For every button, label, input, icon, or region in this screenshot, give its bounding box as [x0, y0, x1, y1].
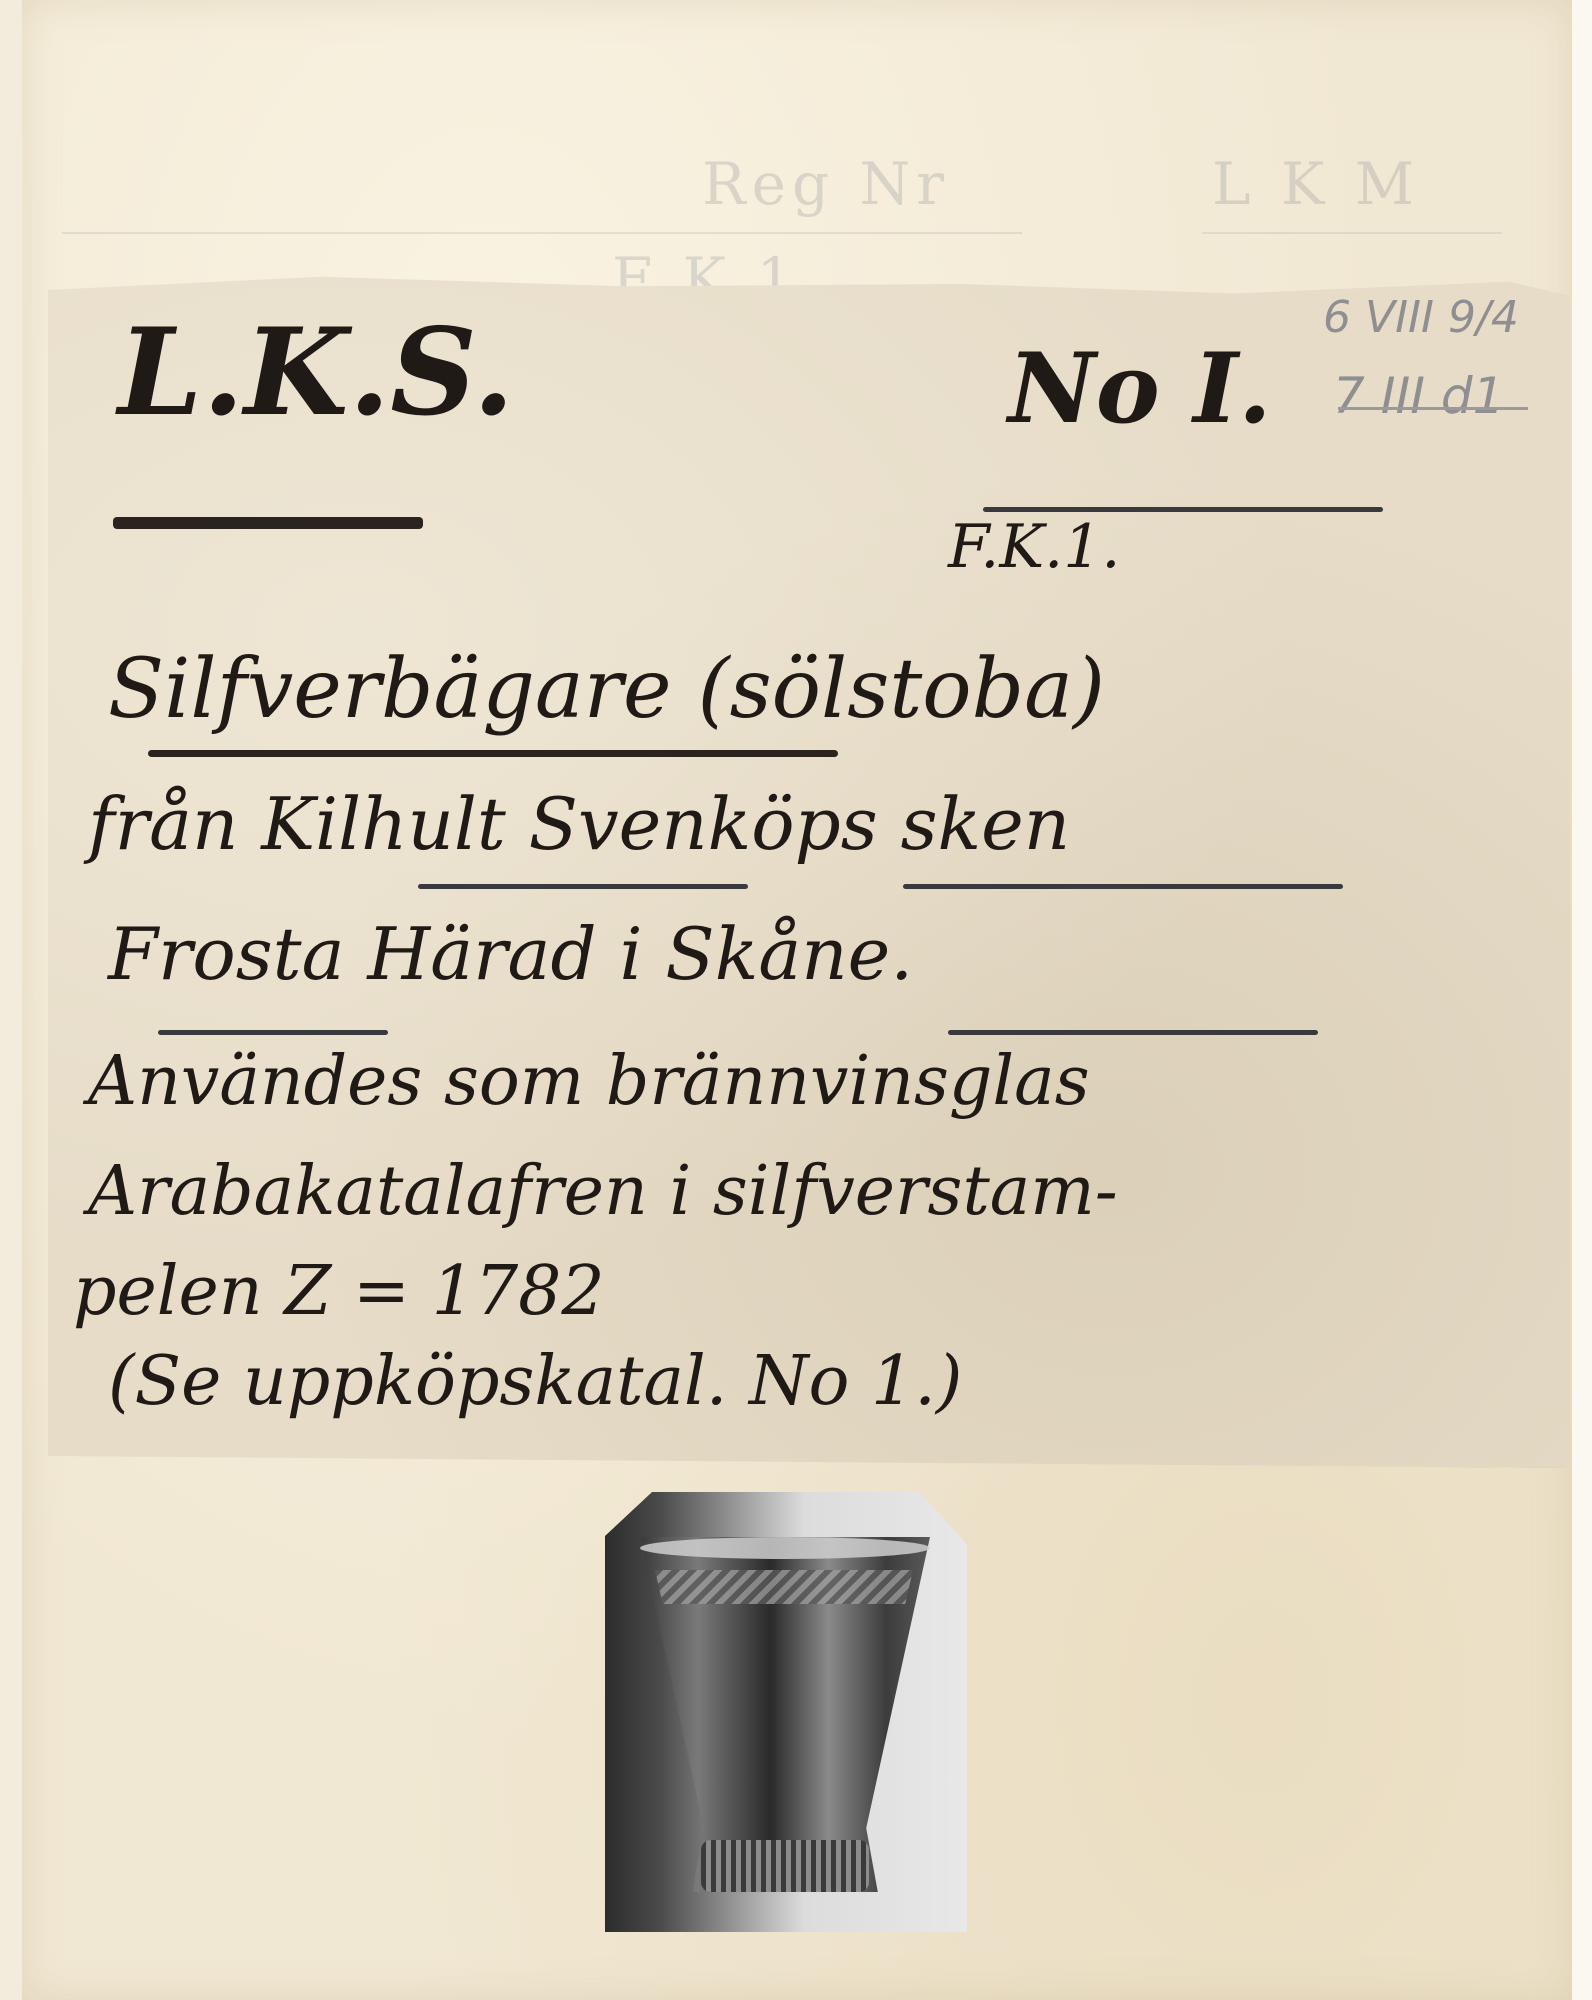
- bleed-through-rule: [62, 232, 1022, 234]
- text-line-7: (Se uppköpskatal. No 1.): [108, 1342, 962, 1421]
- pencil-note: 6 VIII 9/4: [1323, 292, 1519, 343]
- collection-mark: L.K.S.: [118, 302, 514, 443]
- collection-mark-underline: [113, 517, 423, 529]
- text-line-6: pelen Z = 1782: [73, 1252, 605, 1331]
- beaker-rim: [640, 1537, 930, 1559]
- text-line-2: från Kilhult Svenköps sken: [88, 782, 1070, 866]
- title-underline: [148, 750, 838, 757]
- catalog-number: No I.: [1008, 332, 1272, 445]
- catalog-card: L.K.S. No I. F.K.1. 6 VIII 9/4 7 III d1 …: [48, 272, 1570, 1468]
- text-line-3: Frosta Härad i Skåne.: [108, 912, 913, 996]
- beaker-photograph: [605, 1492, 967, 1932]
- bleed-through-reg-nr: Reg Nr: [702, 150, 950, 218]
- place-underline: [903, 884, 1343, 889]
- bleed-through-lkm: L K M: [1212, 150, 1420, 218]
- pencil-note-struck: 7 III d1: [1333, 367, 1504, 425]
- text-line-4: Användes som brännvinsglas: [88, 1042, 1090, 1121]
- sub-number: F.K.1.: [948, 512, 1121, 582]
- place-underline: [158, 1030, 388, 1035]
- beaker-foot: [701, 1840, 869, 1892]
- bleed-through-rule: [1202, 232, 1502, 234]
- text-line-5: Arabakatalafren i silfverstam-: [88, 1152, 1118, 1231]
- place-underline: [418, 884, 748, 889]
- beaker-engraved-band: [655, 1570, 913, 1604]
- strikethrough: [1338, 407, 1528, 410]
- text-line-1: Silfverbägare (sölstoba): [108, 642, 1105, 737]
- background-edge: [1572, 0, 1592, 2000]
- place-underline: [948, 1030, 1318, 1035]
